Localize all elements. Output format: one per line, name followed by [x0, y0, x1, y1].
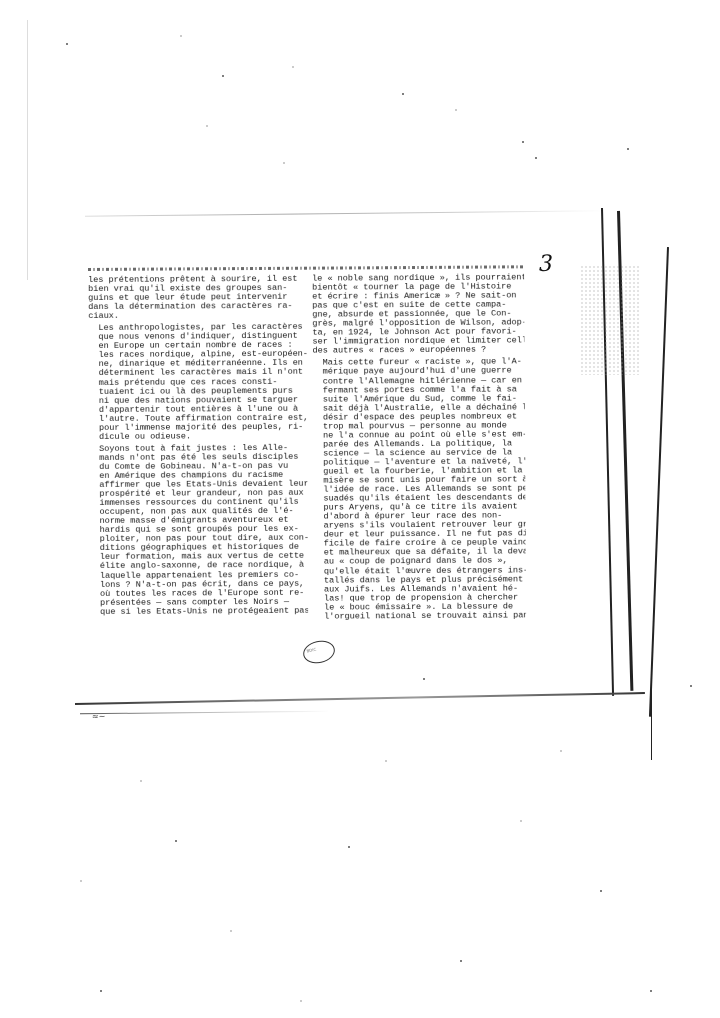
top-sheet-edge	[85, 210, 605, 216]
bottom-sheet-edge	[75, 692, 645, 705]
stamp-text: BDIC	[306, 647, 317, 654]
clipping-paragraph: Les anthropologistes, par les caractères…	[88, 323, 307, 442]
clipping-right-column: le « noble sang nordique », ils pourraie…	[312, 273, 526, 624]
clipping-left-column: les prétentions prêtent à sourire, il es…	[88, 275, 308, 620]
clipping-text-line: que si les Etats-Unis ne protégeaient pa…	[90, 606, 308, 616]
clipping-text-line: pour l'immense majorité des peuples, ri-	[89, 422, 307, 432]
bottom-sheet-edge-shadow	[80, 711, 330, 715]
clipping-top-rule	[88, 265, 523, 271]
handwritten-page-number: 3	[539, 252, 553, 277]
clipping-paragraph: Soyons tout à fait justes : les Alle-man…	[89, 444, 308, 617]
clipping-paragraph: le « noble sang nordique », ils pourraie…	[312, 273, 524, 356]
marginal-mark: ≈∼	[92, 712, 106, 721]
clipping-text-line: l'orgueil national se trouvait ainsi pan…	[314, 611, 526, 621]
clipping-text-line: des autres « races » européennes ?	[312, 346, 524, 356]
sheet-edge-line-3	[649, 247, 669, 717]
clipping-paragraph: Mais cette fureur « raciste », que l'A-m…	[313, 358, 527, 622]
clipping-text-line: dicule ou odieuse.	[89, 431, 307, 441]
newspaper-clipping: les prétentions prêtent à sourire, il es…	[88, 265, 530, 648]
clipping-paragraph: les prétentions prêtent à sourire, il es…	[88, 275, 306, 322]
clipping-text-line: dans la détermination des caractères ra-	[88, 302, 306, 312]
scan-left-edge	[27, 20, 28, 280]
photocopy-grain	[580, 265, 640, 375]
sheet-edge-line-4	[651, 690, 652, 760]
clipping-text-line: ciaux.	[88, 311, 306, 321]
